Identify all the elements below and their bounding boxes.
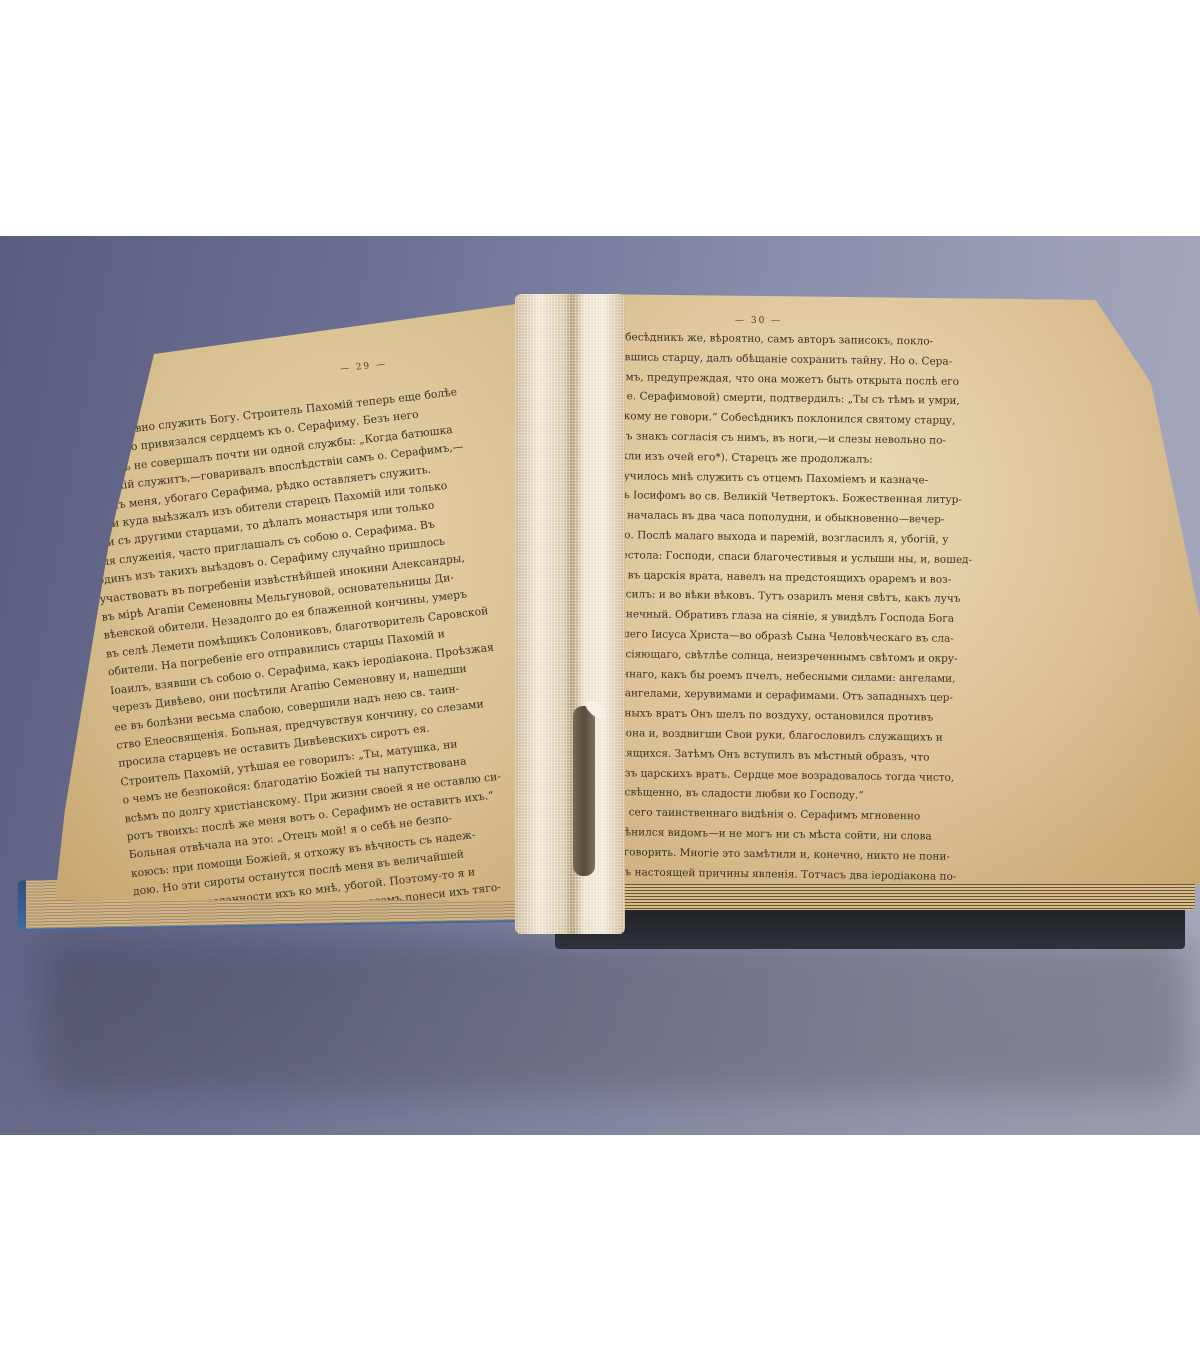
book-shadow xyxy=(40,936,1190,1096)
right-page-text: Собесѣдникъ же, вѣроятно, самъ авторъ за… xyxy=(601,328,1091,884)
spine-tear xyxy=(573,706,595,876)
right-page: — 30 — Собесѣдникъ же, вѣроятно, самъ ав… xyxy=(585,294,1200,884)
book-photo: — 29 — безпрерывно служить Богу. Строите… xyxy=(0,236,1200,1135)
left-page-text: безпрерывно служить Богу. Строитель Пахо… xyxy=(80,374,550,900)
left-page: — 29 — безпрерывно служить Богу. Строите… xyxy=(55,300,550,900)
right-page-number: — 30 — xyxy=(735,316,782,326)
left-page-number: — 29 — xyxy=(340,360,388,375)
gauze-spine xyxy=(515,294,625,934)
